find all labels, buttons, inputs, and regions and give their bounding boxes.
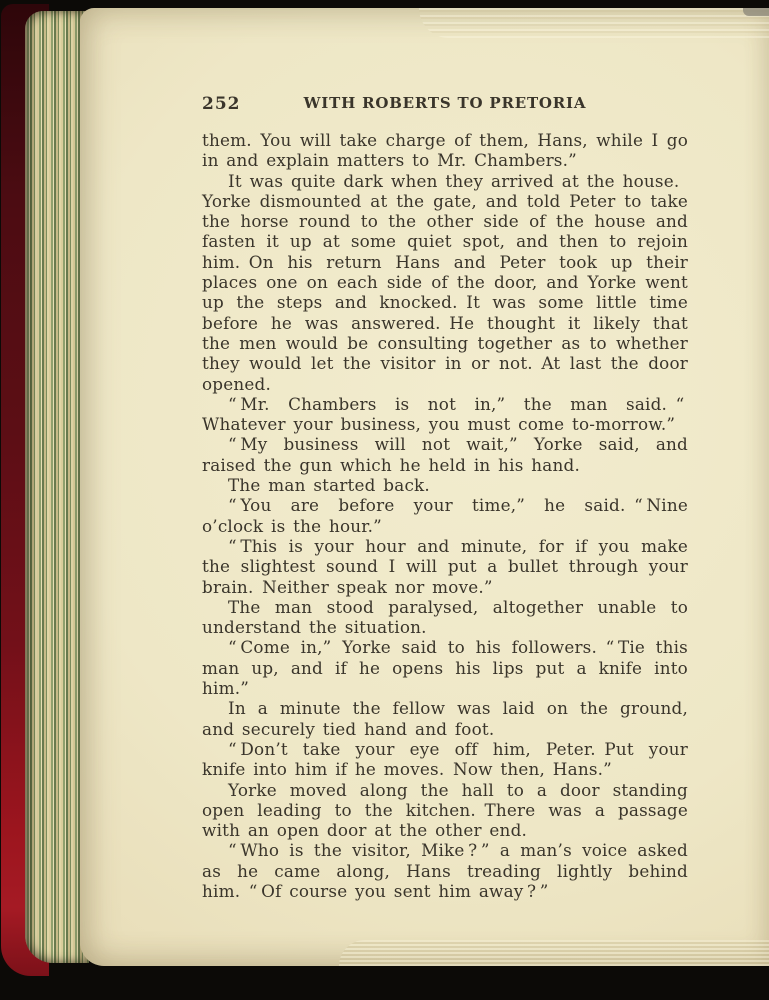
running-header: WITH ROBERTS TO PRETORIA	[202, 94, 688, 112]
paragraph: “ You are before your time,” he said. “ …	[202, 495, 688, 536]
paragraph: “ Come in,” Yorke said to his followers.…	[202, 637, 688, 698]
book-scan-photo: { "book": { "page_number": "252", "runni…	[0, 0, 769, 1000]
paragraph: “ Mr. Chambers is not in,” the man said.…	[202, 394, 688, 435]
paragraph: them. You will take charge of them, Hans…	[202, 130, 688, 171]
bottom-page-edge-lines	[339, 940, 769, 966]
paragraph: The man started back.	[202, 475, 688, 495]
paragraph: “ My business will not wait,” Yorke said…	[202, 434, 688, 475]
scanner-corner-notch	[743, 8, 769, 16]
page-number: 252	[202, 94, 241, 114]
paragraph: It was quite dark when they arrived at t…	[202, 171, 688, 394]
top-page-edge-lines	[419, 8, 769, 38]
book-page: 252 WITH ROBERTS TO PRETORIA them. You w…	[80, 8, 769, 966]
paragraph: In a minute the fellow was laid on the g…	[202, 698, 688, 739]
page-header: 252 WITH ROBERTS TO PRETORIA	[202, 94, 688, 116]
paragraph: The man stood paralysed, altogether unab…	[202, 597, 688, 638]
page-text: them. You will take charge of them, Hans…	[202, 130, 688, 901]
printed-text-block: 252 WITH ROBERTS TO PRETORIA them. You w…	[202, 94, 688, 901]
paragraph: Yorke moved along the hall to a door sta…	[202, 780, 688, 841]
paragraph: “ Who is the visitor, Mike ? ” a man’s v…	[202, 840, 688, 901]
paragraph: “ This is your hour and minute, for if y…	[202, 536, 688, 597]
paragraph: “ Don’t take your eye off him, Peter. Pu…	[202, 739, 688, 780]
